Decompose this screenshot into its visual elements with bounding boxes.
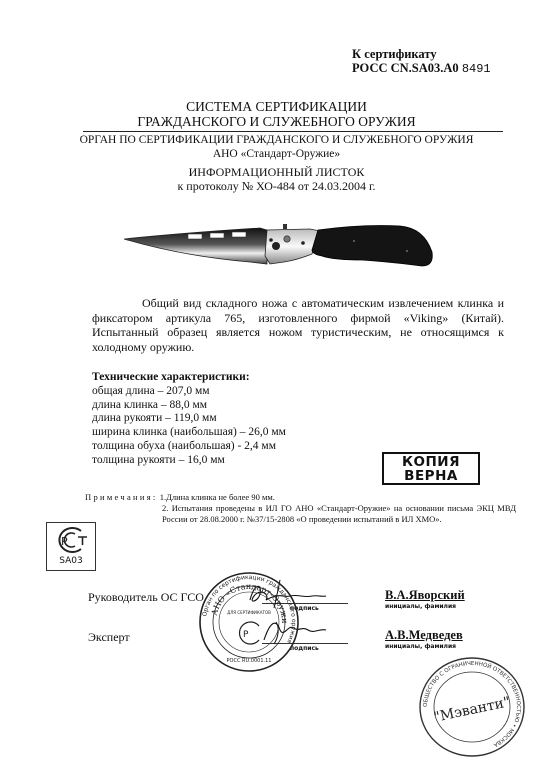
organ-heading: ОРГАН ПО СЕРТИФИКАЦИИ ГРАЖДАНСКОГО И СЛУ…: [0, 133, 553, 161]
signatory-name: В.А.Яворский: [385, 588, 465, 603]
system-line1: СИСТЕМА СЕРТИФИКАЦИИ: [0, 99, 553, 114]
spec-item: толщина рукояти – 16,0 мм: [92, 454, 286, 468]
note-2: 2. Испытания проведены в ИЛ ГО АНО «Стан…: [162, 503, 516, 525]
spec-item: длина клинка – 88,0 мм: [92, 399, 286, 413]
company-seal-center-text: "Мэванти": [432, 694, 511, 726]
signature-role: Руководитель ОС ГСО: [88, 590, 204, 605]
organ-seal-bottom-text: РОСС RU.0001.11: [227, 658, 272, 664]
notes-block: Примечания: 1.Длина клинка не более 90 м…: [85, 492, 515, 525]
organ-line1: ОРГАН ПО СЕРТИФИКАЦИИ ГРАЖДАНСКОГО И СЛУ…: [0, 133, 553, 147]
description-first-line: Общий вид складного ножа с автоматически…: [92, 296, 504, 311]
spec-item: толщина обуха (наибольшая) - 2,4 мм: [92, 440, 286, 454]
name-caption: инициалы, фамилия: [385, 643, 456, 650]
reference-line1: К сертификату: [352, 47, 491, 61]
document-title: ИНФОРМАЦИОННЫЙ ЛИСТОК: [0, 165, 553, 179]
reference-number: 8491: [462, 62, 491, 76]
signature-role: Эксперт: [88, 630, 130, 645]
copy-stamp-line2: ВЕРНА: [384, 469, 478, 483]
knife-icon: [122, 222, 442, 272]
name-caption: инициалы, фамилия: [385, 603, 456, 610]
specs-title: Технические характеристики:: [92, 371, 286, 385]
protocol-reference: к протоколу № ХО-484 от 24.03.2004 г.: [0, 179, 553, 193]
note-1: 1.Длина клинка не более 90 мм.: [160, 492, 275, 502]
notes-label: Примечания:: [85, 492, 158, 502]
system-heading: СИСТЕМА СЕРТИФИКАЦИИ ГРАЖДАНСКОГО И СЛУЖ…: [0, 99, 553, 129]
copy-certified-stamp: КОПИЯ ВЕРНА: [382, 452, 480, 485]
spec-item: ширина клинка (наибольшая) – 26,0 мм: [92, 426, 286, 440]
spec-item: длина рукояти – 119,0 мм: [92, 412, 286, 426]
knife-photo: [122, 222, 442, 277]
document-title-block: ИНФОРМАЦИОННЫЙ ЛИСТОК к протоколу № ХО-4…: [0, 165, 553, 193]
spec-item: общая длина – 207,0 мм: [92, 385, 286, 399]
certification-code: SA03: [47, 556, 95, 566]
reference-line2: РОСС CN.SA03.A0 8491: [352, 61, 491, 76]
description-paragraph: Общий вид складного ножа с автоматически…: [92, 296, 504, 354]
signatory-name: А.В.Медведев: [385, 628, 463, 643]
certificate-reference: К сертификату РОСС CN.SA03.A0 8491: [352, 47, 491, 76]
svg-text:P: P: [243, 630, 249, 640]
technical-specs: Технические характеристики: общая длина …: [92, 371, 286, 468]
organ-seal-center-text: ДЛЯ СЕРТИФИКАТОВ: [227, 610, 271, 615]
copy-stamp-line1: КОПИЯ: [384, 455, 478, 469]
system-line2: ГРАЖДАНСКОГО И СЛУЖЕБНОГО ОРУЖИЯ: [0, 114, 553, 129]
organ-seal-icon: Орган по сертификации гражданского оружи…: [197, 570, 301, 674]
reference-prefix: РОСС CN.SA03.A0: [352, 61, 459, 75]
pct-mark-icon: P: [47, 523, 95, 557]
certification-mark: P SA03: [46, 522, 96, 571]
organ-line2: АНО «Стандарт-Оружие»: [0, 147, 553, 161]
company-seal-icon: ОБЩЕСТВО С ОГРАНИЧЕННОЙ ОТВЕТСТВЕННОСТЬЮ…: [416, 654, 528, 760]
header-divider: [83, 131, 503, 132]
description-rest: фиксатором артикула 765, изготовленного …: [92, 311, 504, 354]
svg-text:P: P: [61, 535, 68, 548]
